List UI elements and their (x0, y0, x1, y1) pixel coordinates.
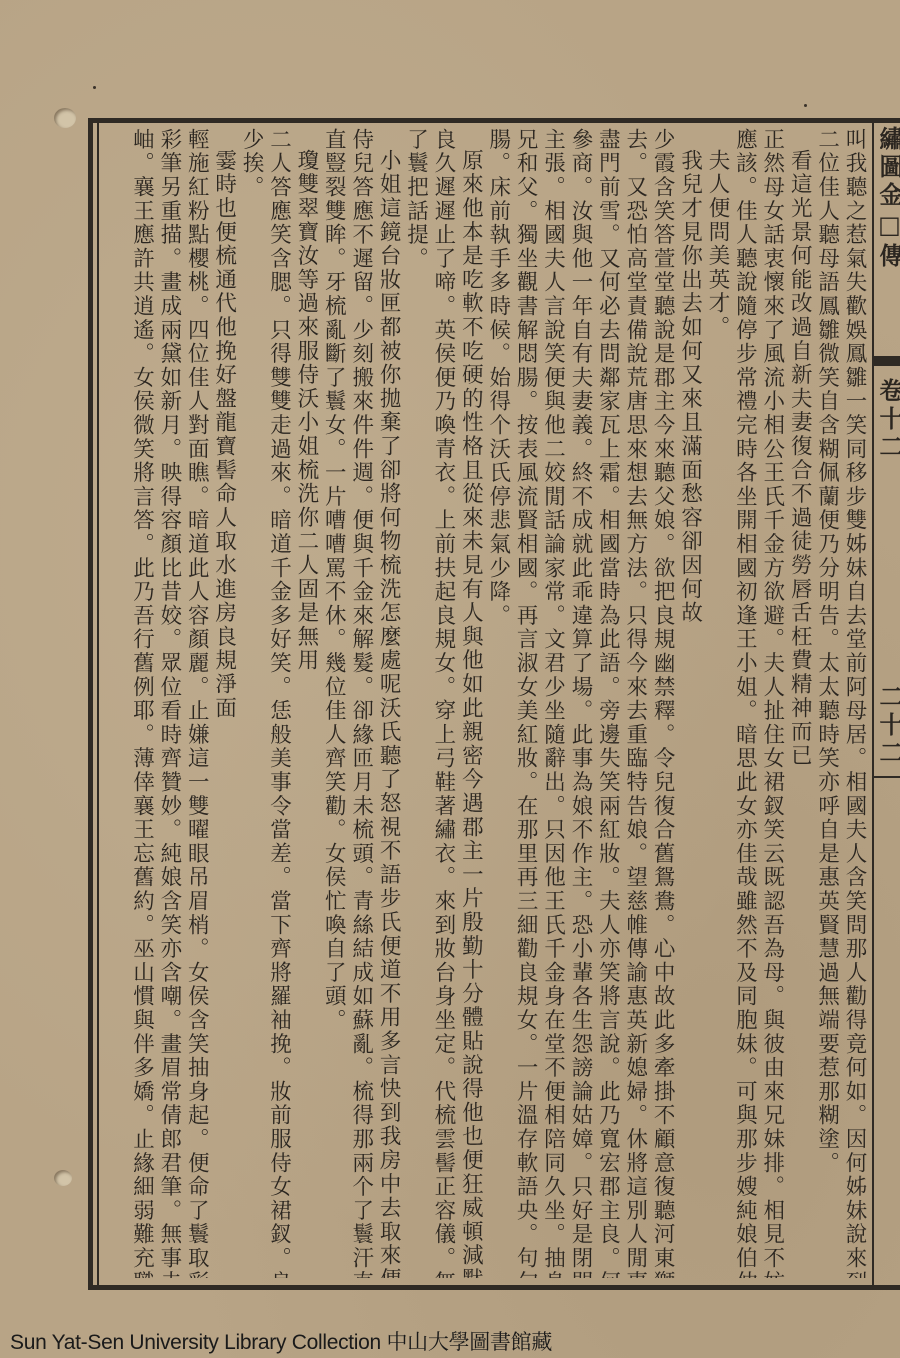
page-number: 二十二 (876, 684, 900, 768)
binding-hole-top (54, 108, 76, 128)
text-column: 兄和父。獨坐觀書解悶腸。按表風流賢相國。再言淑女美紅妝。在那里再三細勸良規女。一… (512, 128, 539, 1278)
text-column: 彩筆另重描。畫成兩黛如新月。映得容顏比昔姣。眾位看時齊贊妙。純娘含笑亦含嘲。畫眉… (155, 128, 182, 1278)
library-watermark: Sun Yat-Sen University Library Collectio… (10, 1326, 552, 1356)
text-column: 霎時也便梳通代他挽好盤龍寶髻命人取水進房良規淨面 (210, 128, 237, 1278)
ink-speck (804, 104, 807, 107)
text-column: 正然母女話衷懷來了風流小相公王氏千金方欲避。夫人扯住女裙釵笑云既認吾為母。與彼由… (758, 128, 785, 1278)
text-column: 叫我聽之惹氣失歡娛鳳雛一笑同移步雙姊妹自去堂前阿母居。相國夫人含笑問那人勸得竟何… (841, 128, 868, 1278)
page-border-inner-rule (97, 123, 99, 1285)
text-column: 盡門前雪。又何必去問鄰家瓦上霜。相國當時為此語。旁邊失笑兩紅妝。夫人亦笑將言說。… (594, 128, 621, 1278)
text-column: 瓊雙翠寶汝等過來服侍沃小姐梳洗你二人固是無用 (292, 128, 319, 1278)
text-column: 參商。汝與他一年自有夫妻義。終不成就此乖違算了場。此事為娘不作主。恐小輩各生怨謗… (567, 128, 594, 1278)
text-column: 應該。佳人聽說隨停步常禮完時各坐開相國初逢王小姐。暗思此女亦佳哉雖然不及同胞妹。… (731, 128, 758, 1278)
text-column: 我兒才見你出去如何又來且滿面愁容卻因何故 (676, 128, 703, 1278)
text-column: 看這光景何能改過自新夫妻復合不過徒勞唇舌枉費精神而已 (786, 128, 813, 1278)
text-column: 小姐這鏡台妝匣都被你拋棄了卻將何物梳洗怎麼處呢沃氏聽了怒視不語步氏便道不用多言快… (375, 128, 402, 1278)
text-column: 直豎裂雙眸。牙梳亂斷了鬟女。一片嘈嘈罵不休。幾位佳人齊笑勸。女侯忙喚自了頭。 (320, 128, 347, 1278)
binding-hole-bottom (54, 1170, 72, 1186)
title-strip-divider (874, 776, 900, 778)
main-text-body: 叫我聽之惹氣失歡娛鳳雛一笑同移步雙姊妹自去堂前阿母居。相國夫人含笑問那人勸得竟何… (102, 128, 868, 1278)
ink-speck (93, 86, 96, 89)
text-column: 原來他本是吃軟不吃硬的性格且從來未見有人與他如此親密今遇郡主一片殷勤十分體貼說得… (457, 128, 484, 1278)
text-column: 主張。相國夫人言說笑便與他二姣閒話論家常。文君少坐隨辭出。只因他王氏千金身在堂不… (539, 128, 566, 1278)
text-column: 夫人便問美英才。 (704, 128, 731, 1278)
text-column: 良久遲遲止了啼。英侯便乃喚青衣。上前扶起良規女。穿上弓鞋著繡衣。來到妝台身坐定。… (430, 128, 457, 1278)
text-column: 少霞含笑答萱堂聽說是郡主今來聽父娘。欲把良規幽禁釋。令兒復合舊鴛鴦。心中故此多牽… (649, 128, 676, 1278)
text-column: 二位佳人聽母語鳳雛微笑自含糊佩蘭便乃分明告。太太聽時笑亦呼自是惠英賢慧過無端要惹… (813, 128, 840, 1278)
book-title: 繡圖金□傳 (876, 126, 900, 271)
text-column: 去。又恐怕高堂責備說荒唐思來想去無方法。只得今來去重臨特告娘。望慈帷傳諭惠英新媳… (621, 128, 648, 1278)
text-column: 岫。襄王應許共逍遙。女侯微笑將言答。此乃吾行舊例耶。薄倖襄王忘舊約。巫山慣與伴多… (128, 128, 155, 1278)
title-strip: 繡圖金□傳 卷十二 二十二 (872, 118, 900, 1290)
scanned-book-page: 繡圖金□傳 卷十二 二十二 叫我聽之惹氣失歡娛鳳雛一笑同移步雙姊妹自去堂前阿母居… (0, 0, 900, 1358)
text-column: 侍兒答應不遲留。少刻搬來件件週。便與千金來解髮。卻緣匝月未梳頭。青絲結成如蘇亂。… (347, 128, 374, 1278)
text-column: 輕施紅粉點櫻桃。四位佳人對面瞧。暗道此人容顏麗。止嫌這一雙曜眼吊眉梢。女侯含笑抽… (183, 128, 210, 1278)
text-column: 腸。床前執手多時候。始得个沃氏停悲氣少降。 (484, 128, 511, 1278)
text-column: 了鬟把話提。 (402, 128, 429, 1278)
text-column: 少挨。 (238, 128, 265, 1278)
text-column: 二人答應笑含腮。只得雙雙走過來。暗道千金多好笑。恁般美事令當差。當下齊將羅袖挽。… (265, 128, 292, 1278)
title-strip-divider (874, 356, 900, 366)
volume-label: 卷十二 (876, 378, 900, 462)
